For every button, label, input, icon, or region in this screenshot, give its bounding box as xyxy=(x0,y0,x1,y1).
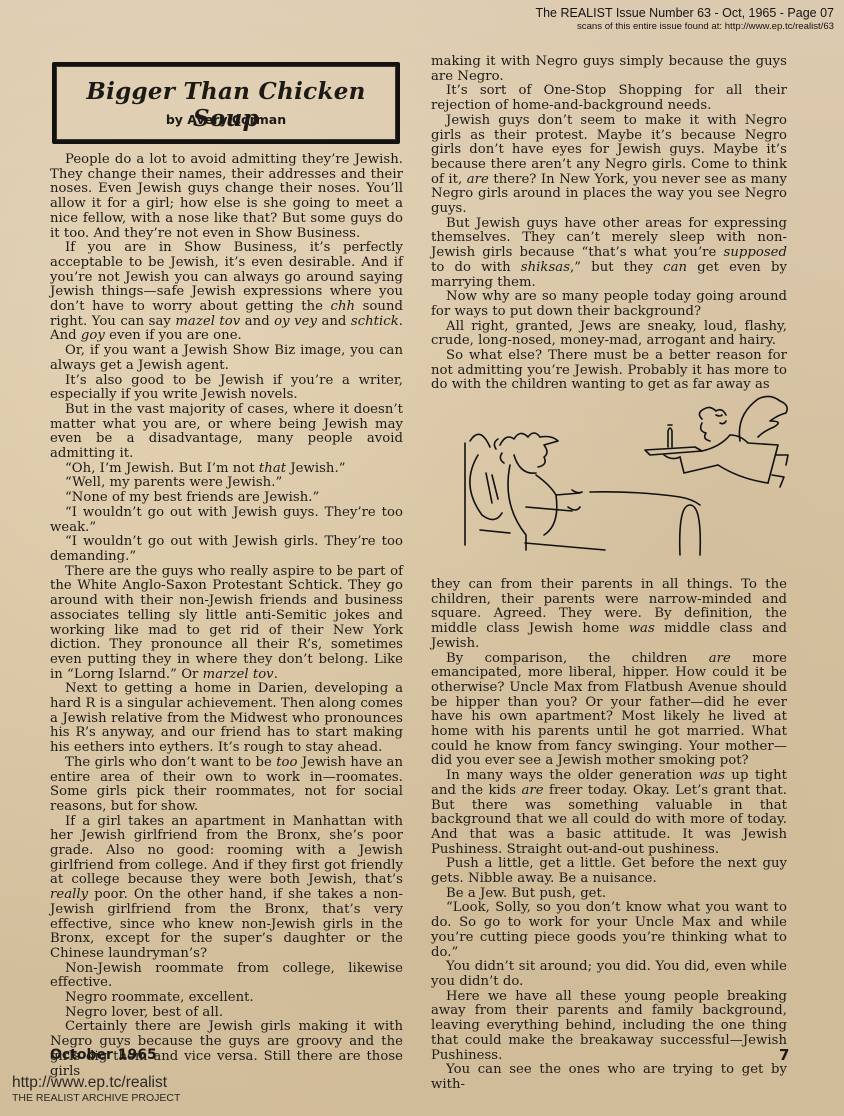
footer-date: October 1965 xyxy=(50,1047,157,1063)
paragraph: Be a Jew. But push, get. xyxy=(431,887,787,902)
bed-angel-cartoon-icon xyxy=(440,395,830,575)
paragraph: By comparison, the children are more ema… xyxy=(431,652,787,770)
paragraph: Here we have all these young people brea… xyxy=(431,990,787,1064)
paragraph: making it with Negro guys simply because… xyxy=(431,55,787,84)
archive-url[interactable]: http://www.ep.tc/realist xyxy=(12,1074,180,1092)
paragraph: It’s also good to be Jewish if you’re a … xyxy=(50,374,403,403)
paragraph: But in the vast majority of cases, where… xyxy=(50,403,403,462)
paragraph: You didn’t sit around; you did. You did,… xyxy=(431,960,787,989)
scans-link-text: scans of this entire issue found at: htt… xyxy=(535,21,834,33)
right-column-bottom: they can from their parents in all thing… xyxy=(431,578,787,1093)
paragraph: Next to getting a home in Darien, develo… xyxy=(50,682,403,756)
paragraph: Negro lover, best of all. xyxy=(50,1006,403,1021)
paragraph: There are the guys who really aspire to … xyxy=(50,565,403,683)
paragraph: People do a lot to avoid admitting they’… xyxy=(50,153,403,241)
paragraph: Push a little, get a little. Get before … xyxy=(431,857,787,886)
paragraph: The girls who don’t want to be too Jewis… xyxy=(50,756,403,815)
page-number: 7 xyxy=(779,1046,789,1064)
paragraph: “None of my best friends are Jewish.” xyxy=(50,491,403,506)
right-column-top: making it with Negro guys simply because… xyxy=(431,55,787,393)
archive-banner: The REALIST Issue Number 63 - Oct, 1965 … xyxy=(535,6,834,33)
paragraph: All right, granted, Jews are sneaky, lou… xyxy=(431,320,787,349)
paragraph: they can from their parents in all thing… xyxy=(431,578,787,652)
paragraph: “I wouldn’t go out with Jewish girls. Th… xyxy=(50,535,403,564)
issue-info: The REALIST Issue Number 63 - Oct, 1965 … xyxy=(535,6,834,21)
paragraph: Non-Jewish roommate from college, likewi… xyxy=(50,962,403,991)
paragraph: “I wouldn’t go out with Jewish guys. The… xyxy=(50,506,403,535)
paragraph: You can see the ones who are trying to g… xyxy=(431,1063,787,1092)
paragraph: Now why are so many people today going a… xyxy=(431,290,787,319)
paragraph: It’s sort of One-Stop Shopping for all t… xyxy=(431,84,787,113)
paragraph: “Look, Solly, so you don’t know what you… xyxy=(431,901,787,960)
paragraph: In many ways the older generation was up… xyxy=(431,769,787,857)
left-column: People do a lot to avoid admitting they’… xyxy=(50,153,403,1079)
paragraph: If you are in Show Business, it’s perfec… xyxy=(50,241,403,344)
paragraph: But Jewish guys have other areas for exp… xyxy=(431,217,787,291)
paragraph: If a girl takes an apartment in Manhatta… xyxy=(50,815,403,962)
archive-watermark: http://www.ep.tc/realist THE REALIST ARC… xyxy=(12,1074,180,1105)
paragraph: “Oh, I’m Jewish. But I’m not that Jewish… xyxy=(50,462,403,477)
archive-project-name: THE REALIST ARCHIVE PROJECT xyxy=(12,1092,180,1105)
paragraph: Negro roommate, excellent. xyxy=(50,991,403,1006)
paragraph: So what else? There must be a better rea… xyxy=(431,349,787,393)
article-byline: by Avery Corman xyxy=(56,112,396,127)
paragraph: Or, if you want a Jewish Show Biz image,… xyxy=(50,344,403,373)
cartoon-illustration xyxy=(440,395,830,575)
article-title-box: Bigger Than Chicken Soup by Avery Corman xyxy=(52,62,400,144)
paragraph: “Well, my parents were Jewish.” xyxy=(50,476,403,491)
paragraph: Jewish guys don’t seem to make it with N… xyxy=(431,114,787,217)
